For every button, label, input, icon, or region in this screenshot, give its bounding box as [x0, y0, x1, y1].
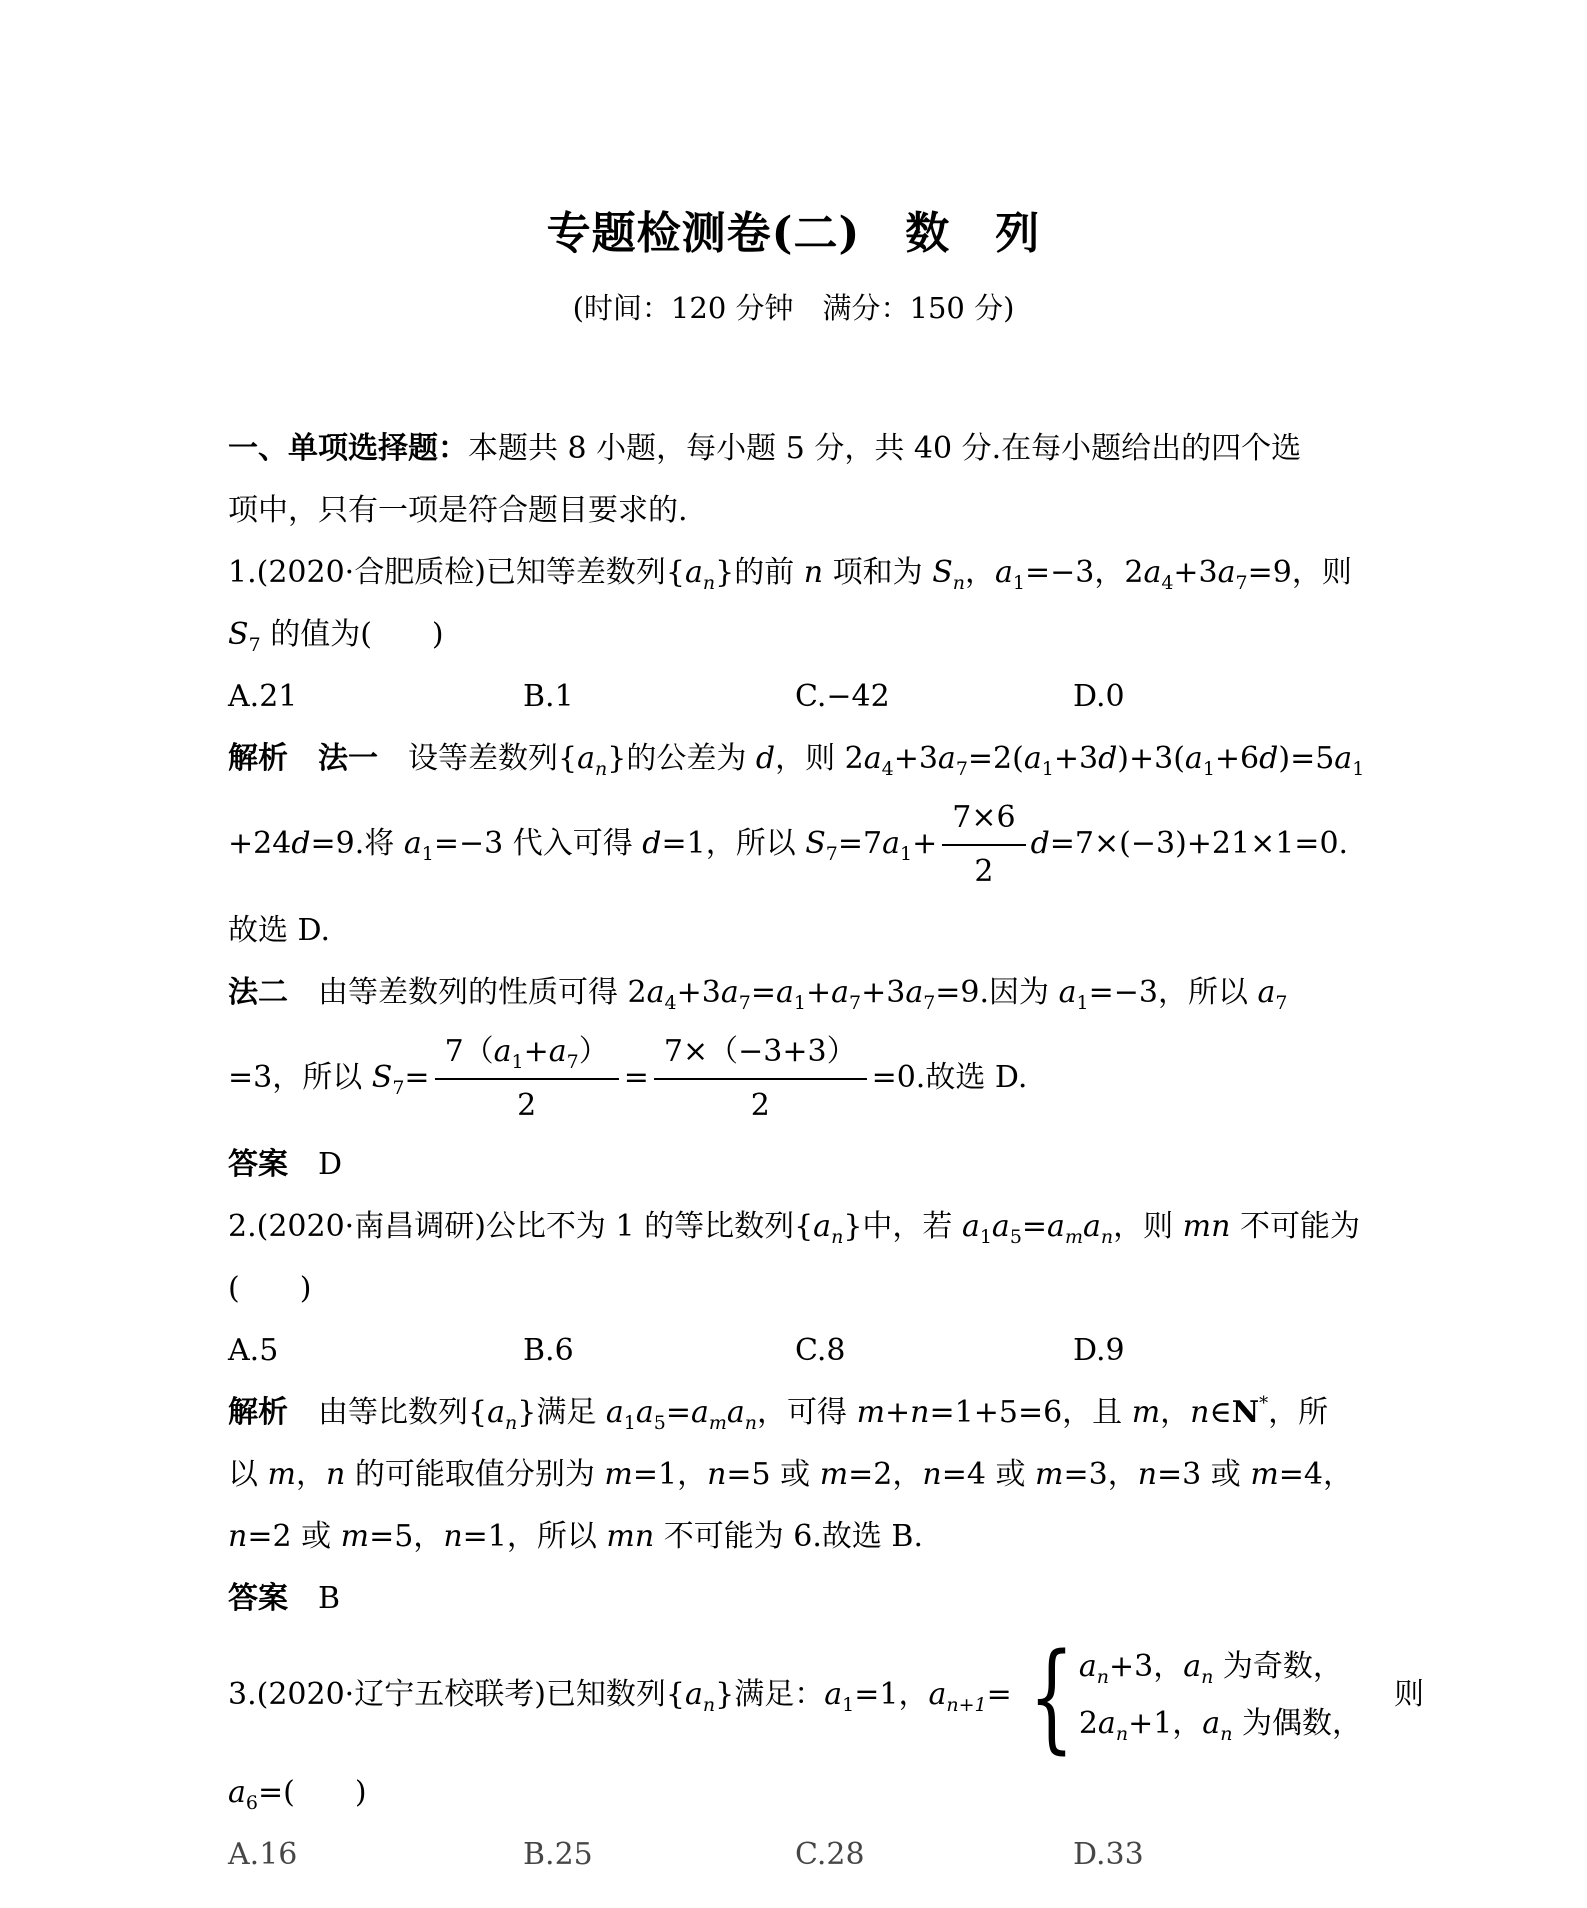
text-run: =1，所以 [661, 826, 805, 861]
text-run: ∈ [1210, 1395, 1232, 1430]
math-variable-subscripted: a4 [864, 741, 894, 776]
math-variable: n [804, 555, 823, 590]
math-variable: d [1098, 741, 1117, 776]
math-variable: a [992, 1209, 1010, 1244]
option-item: B.25 [523, 1824, 795, 1886]
math-variable-subscripted: am [1047, 1209, 1083, 1244]
text-run: =3 或 [1157, 1457, 1250, 1492]
fraction: 7（a1+a7）2 [435, 1034, 619, 1124]
math-variable: a [494, 1034, 512, 1069]
text-line: a6=( ) [228, 1762, 1408, 1824]
subscript: 7 [849, 992, 861, 1014]
math-variable: a [824, 1677, 842, 1712]
text-run: ， [965, 555, 995, 590]
page-subtitle: (时间：120 分钟 满分：150 分) [0, 291, 1587, 326]
text-run: }中，若 [843, 1209, 962, 1244]
text-line: 故选 D. [228, 900, 1408, 962]
subscript: n [595, 758, 607, 780]
text-run: 7×（−3+3） [664, 1034, 857, 1069]
subscript: 1 [980, 1226, 992, 1248]
math-symbol: N [1232, 1395, 1259, 1430]
bold-label: 答案 [228, 1581, 288, 1616]
math-variable: m [268, 1457, 296, 1492]
text-run: 项中，只有一项是符合题目要求的. [228, 493, 688, 528]
subscript: 6 [246, 1792, 258, 1814]
text-run: ，则 2 [775, 741, 864, 776]
subscript: 7 [956, 758, 968, 780]
math-variable-subscripted: a4 [647, 975, 677, 1010]
text-run: =9.将 [311, 826, 404, 861]
text-line: 项中，只有一项是符合题目要求的. [228, 480, 1408, 542]
math-variable: a [1185, 741, 1203, 776]
text-run: + [806, 975, 831, 1010]
text-run: 2 [517, 1088, 536, 1123]
math-variable: n [910, 1395, 929, 1430]
text-run: =1， [633, 1457, 707, 1492]
text-run: ( ) [228, 1271, 311, 1306]
math-variable: m [604, 1457, 632, 1492]
text-run: +24 [228, 826, 291, 861]
subscript: n [1097, 1666, 1109, 1688]
math-variable-subscripted: a1 [1185, 741, 1215, 776]
math-variable: n [228, 1519, 247, 1554]
math-variable-subscripted: a1 [962, 1209, 992, 1244]
text-run: +3 [1173, 555, 1217, 590]
math-variable: a [1183, 1649, 1201, 1684]
math-variable: d [756, 741, 775, 776]
text-run: =−3 代入可得 [434, 826, 642, 861]
math-variable: d [1031, 826, 1050, 861]
math-variable: a [404, 826, 422, 861]
text-run: =9，则 [1248, 555, 1352, 590]
case-row: 2an+1，an 为偶数， [1079, 1707, 1362, 1742]
subscript: 7 [1275, 992, 1287, 1014]
text-run: }满足 [517, 1395, 606, 1430]
option-item: D.9 [1073, 1320, 1125, 1382]
math-variable-subscripted: S7 [372, 1060, 405, 1095]
fraction-numerator: 7（a1+a7） [435, 1034, 619, 1078]
math-variable-subscripted: S7 [228, 617, 261, 652]
math-variable: a [1083, 1209, 1101, 1244]
math-variable-subscripted: an [1083, 1209, 1113, 1244]
text-run: =7×(−3)+21×1=0. [1050, 826, 1348, 861]
math-variable: a [962, 1209, 980, 1244]
math-variable: S [228, 617, 249, 652]
math-variable: a [1098, 1706, 1116, 1741]
text-line: 解析 法一 设等差数列{an}的公差为 d，则 2a4+3a7=2(a1+3d)… [228, 728, 1408, 790]
subscript: 1 [900, 843, 912, 865]
text-run: 由等比数列{ [288, 1395, 487, 1430]
subscript: 1 [1076, 992, 1088, 1014]
subscript: 7 [826, 843, 838, 865]
text-run: 的可能取值分别为 [345, 1457, 604, 1492]
text-line: +24d=9.将 a1=−3 代入可得 d=1，所以 S7=7a1+7×62d=… [228, 790, 1408, 900]
text-line: 答案 B [228, 1568, 1408, 1630]
text-run: 以 [228, 1457, 268, 1492]
math-variable: a [228, 1775, 246, 1810]
text-run: =( ) [258, 1775, 367, 1810]
math-variable: a [776, 975, 794, 1010]
text-run: = [404, 1060, 429, 1095]
page-title: 专题检测卷(二) 数 列 [0, 0, 1587, 261]
subscript: n [1116, 1723, 1128, 1745]
bold-label: 一、单项选择题： [228, 431, 468, 466]
math-variable: a [1218, 555, 1236, 590]
bold-label: 答案 [228, 1147, 288, 1182]
subscript: 1 [1352, 758, 1364, 780]
text-run: 本题共 8 小题，每小题 5 分，共 40 分.在每小题给出的四个选 [468, 431, 1301, 466]
subscript: n+1 [946, 1694, 986, 1716]
math-symbol-superscripted: N* [1232, 1395, 1268, 1430]
text-run: = [624, 1060, 649, 1095]
math-variable-subscripted: a1 [824, 1677, 854, 1712]
math-variable-subscripted: a1 [1059, 975, 1089, 1010]
text-run: + [524, 1034, 549, 1069]
text-run: =−3，2 [1025, 555, 1143, 590]
math-variable: mn [1183, 1209, 1231, 1244]
math-variable: m [1132, 1395, 1160, 1430]
math-variable-subscripted: an [1183, 1649, 1213, 1684]
bold-label: 法一 [318, 741, 378, 776]
math-variable: n [443, 1519, 462, 1554]
math-variable: a [647, 975, 665, 1010]
math-variable: a [685, 1677, 703, 1712]
text-run: 不可能为 6.故选 B. [654, 1519, 923, 1554]
subscript: 7 [1236, 572, 1248, 594]
text-run: +6 [1215, 741, 1259, 776]
text-run: =2( [968, 741, 1024, 776]
options-row: A.5B.6C.8D.9 [228, 1320, 1408, 1382]
math-variable: m [341, 1519, 369, 1554]
math-variable-subscripted: a7 [1218, 555, 1248, 590]
text-run: =1，所以 [463, 1519, 607, 1554]
math-variable: n [922, 1457, 941, 1492]
text-run: =5 或 [726, 1457, 819, 1492]
text-run: + [885, 1395, 910, 1430]
math-variable-subscripted: an [727, 1395, 757, 1430]
math-variable: a [938, 741, 956, 776]
math-variable: a [727, 1395, 745, 1430]
subscript: n [1201, 1666, 1213, 1688]
math-variable-subscripted: an+1 [928, 1677, 986, 1712]
fraction-denominator: 2 [435, 1078, 619, 1124]
math-variable-subscripted: a1 [606, 1395, 636, 1430]
text-run: 故选 D. [228, 913, 330, 948]
text-run: 2 [751, 1088, 770, 1123]
math-variable-subscripted: an [487, 1395, 517, 1430]
bold-label: 解析 [228, 741, 288, 776]
text-run: 2.(2020·南昌调研)公比不为 1 的等比数列{ [228, 1209, 813, 1244]
subscript: 7 [249, 634, 261, 656]
subscript: 4 [665, 992, 677, 1014]
text-run: ， [1160, 1395, 1190, 1430]
subscript: m [709, 1412, 727, 1434]
math-variable: a [685, 555, 703, 590]
math-variable: S [805, 826, 826, 861]
text-run: 2 [1079, 1706, 1098, 1741]
math-variable-subscripted: a7 [549, 1034, 579, 1069]
math-variable-subscripted: Sn [932, 555, 965, 590]
math-variable: a [995, 555, 1013, 590]
math-variable: a [905, 975, 923, 1010]
subscript: 5 [654, 1412, 666, 1434]
math-variable: a [864, 741, 882, 776]
option-item: A.16 [228, 1824, 523, 1886]
math-variable-subscripted: a1 [776, 975, 806, 1010]
math-variable: a [1079, 1649, 1097, 1684]
text-run: =5， [369, 1519, 443, 1554]
left-brace-icon: { [1029, 1640, 1074, 1752]
subscript: 5 [1010, 1226, 1022, 1248]
text-run: =4， [1279, 1457, 1353, 1492]
piecewise-cases: {an+3，an 为奇数，2an+1，an 为偶数， [1014, 1640, 1362, 1752]
math-variable-subscripted: a7 [721, 975, 751, 1010]
fraction: 7×62 [942, 800, 1025, 890]
subscript: 1 [1042, 758, 1054, 780]
math-variable: a [691, 1395, 709, 1430]
text-line: 法二 由等差数列的性质可得 2a4+3a7=a1+a7+3a7=9.因为 a1=… [228, 962, 1408, 1024]
math-variable-subscripted: a7 [1257, 975, 1287, 1010]
subscript: 1 [794, 992, 806, 1014]
text-run: 的值为( ) [261, 617, 444, 652]
text-run: 项和为 [823, 555, 932, 590]
math-variable-subscripted: an [577, 741, 607, 776]
text-line: 答案 D [228, 1134, 1408, 1196]
text-run: =2 或 [247, 1519, 340, 1554]
text-line: 以 m，n 的可能取值分别为 m=1，n=5 或 m=2，n=4 或 m=3，n… [228, 1444, 1408, 1506]
options-row: A.21B.1C.−42D.0 [228, 666, 1408, 728]
math-variable-subscripted: an [1202, 1706, 1232, 1741]
subscript: 7 [923, 992, 935, 1014]
subscript: 7 [739, 992, 751, 1014]
math-variable: m [857, 1395, 885, 1430]
math-variable: a [813, 1209, 831, 1244]
text-run: +3 [677, 975, 721, 1010]
math-variable: a [577, 741, 595, 776]
math-variable-subscripted: an [813, 1209, 843, 1244]
math-variable: a [549, 1034, 567, 1069]
text-line: 解析 由等比数列{an}满足 a1a5=aman，可得 m+n=1+5=6，且 … [228, 1382, 1408, 1444]
text-run: 设等差数列{ [378, 741, 577, 776]
text-run: +3， [1109, 1649, 1183, 1684]
subscript: 4 [882, 758, 894, 780]
subscript: 1 [624, 1412, 636, 1434]
superscript: * [1259, 1393, 1268, 1414]
option-item: C.8 [795, 1320, 1073, 1382]
math-variable: n [1190, 1395, 1209, 1430]
math-variable: a [1334, 741, 1352, 776]
math-variable: n [707, 1457, 726, 1492]
math-variable: mn [606, 1519, 654, 1554]
subscript: n [1101, 1226, 1113, 1248]
math-variable: d [291, 826, 310, 861]
option-item: A.21 [228, 666, 523, 728]
math-variable: n [1138, 1457, 1157, 1492]
subscript: n [703, 572, 715, 594]
text-run: ） [579, 1034, 609, 1069]
subscript: 4 [1161, 572, 1173, 594]
option-item: C.−42 [795, 666, 1073, 728]
text-line: 3.(2020·辽宁五校联考)已知数列{an}满足：a1=1，an+1={an+… [228, 1630, 1408, 1762]
math-variable: a [487, 1395, 505, 1430]
text-run: =3，所以 [228, 1060, 372, 1095]
document-body: 一、单项选择题：本题共 8 小题，每小题 5 分，共 40 分.在每小题给出的四… [228, 418, 1408, 1886]
fraction: 7×（−3+3）2 [654, 1034, 867, 1124]
math-variable-subscripted: a4 [1143, 555, 1173, 590]
text-run: 2 [974, 854, 993, 889]
math-variable-subscripted: an [685, 1677, 715, 1712]
text-run: )=5 [1278, 741, 1334, 776]
math-variable: m [820, 1457, 848, 1492]
math-variable: m [1250, 1457, 1278, 1492]
text-run: +3 [894, 741, 938, 776]
text-run: =−3，所以 [1089, 975, 1258, 1010]
text-run: )+3( [1117, 741, 1185, 776]
math-variable-subscripted: a5 [636, 1395, 666, 1430]
bold-label: 法二 [228, 975, 288, 1010]
text-run: 7（ [445, 1034, 494, 1069]
math-variable-subscripted: a1 [995, 555, 1025, 590]
math-variable-subscripted: a6 [228, 1775, 258, 1810]
math-variable-subscripted: a1 [494, 1034, 524, 1069]
option-item: B.6 [523, 1320, 795, 1382]
subscript: n [953, 572, 965, 594]
math-variable: a [636, 1395, 654, 1430]
text-run: ，可得 [757, 1395, 857, 1430]
math-variable-subscripted: am [691, 1395, 727, 1430]
math-variable: a [1257, 975, 1275, 1010]
text-run: 7×6 [952, 800, 1015, 835]
subscript: n [831, 1226, 843, 1248]
text-run: 则 [1364, 1677, 1424, 1712]
subscript: n [505, 1412, 517, 1434]
math-variable-subscripted: a5 [992, 1209, 1022, 1244]
option-item: C.28 [795, 1824, 1073, 1886]
subscript: n [745, 1412, 757, 1434]
math-variable: a [928, 1677, 946, 1712]
text-run: 1.(2020·合肥质检)已知等差数列{ [228, 555, 685, 590]
text-run: 3.(2020·辽宁五校联考)已知数列{ [228, 1677, 685, 1712]
math-variable-subscripted: a7 [831, 975, 861, 1010]
subscript: 1 [512, 1051, 524, 1073]
math-variable-subscripted: S7 [805, 826, 838, 861]
math-variable: S [372, 1060, 393, 1095]
text-run: 由等差数列的性质可得 2 [288, 975, 647, 1010]
text-run: ，则 [1113, 1209, 1183, 1244]
text-run: =4 或 [942, 1457, 1035, 1492]
bold-label: 解析 [228, 1395, 288, 1430]
option-item: B.1 [523, 666, 795, 728]
subscript: n [703, 1694, 715, 1716]
subscript: 7 [567, 1051, 579, 1073]
math-variable-subscripted: a7 [905, 975, 935, 1010]
math-variable: a [831, 975, 849, 1010]
text-line: =3，所以 S7=7（a1+a7）2=7×（−3+3）2=0.故选 D. [228, 1024, 1408, 1134]
math-variable-subscripted: a1 [882, 826, 912, 861]
text-line: S7 的值为( ) [228, 604, 1408, 666]
text-run: 为偶数， [1232, 1706, 1362, 1741]
text-run: =1+5=6，且 [930, 1395, 1132, 1430]
math-variable: d [1259, 741, 1278, 776]
case-row: an+3，an 为奇数， [1079, 1650, 1362, 1685]
subscript: n [1220, 1723, 1232, 1745]
option-item: D.0 [1073, 666, 1125, 728]
subscript: 1 [842, 1694, 854, 1716]
text-line: 1.(2020·合肥质检)已知等差数列{an}的前 n 项和为 Sn，a1=−3… [228, 542, 1408, 604]
text-run: =7 [838, 826, 882, 861]
math-variable: a [1024, 741, 1042, 776]
option-item: A.5 [228, 1320, 523, 1382]
text-run: }满足： [715, 1677, 824, 1712]
subscript: 1 [1013, 572, 1025, 594]
math-variable-subscripted: a1 [1024, 741, 1054, 776]
text-run: ， [296, 1457, 326, 1492]
text-run: + [912, 826, 937, 861]
text-run: }的公差为 [607, 741, 756, 776]
text-run: =2， [848, 1457, 922, 1492]
text-run: +3 [861, 975, 905, 1010]
math-variable-subscripted: an [685, 555, 715, 590]
text-run: =0.故选 D. [872, 1060, 1028, 1095]
text-line: ( ) [228, 1258, 1408, 1320]
subscript: 7 [392, 1077, 404, 1099]
text-run: +1， [1128, 1706, 1202, 1741]
text-run: = [751, 975, 776, 1010]
text-run: =3， [1063, 1457, 1137, 1492]
text-run: }的前 [715, 555, 804, 590]
exam-page: 专题检测卷(二) 数 列 (时间：120 分钟 满分：150 分) 一、单项选择… [0, 0, 1587, 1908]
text-line: n=2 或 m=5，n=1，所以 mn 不可能为 6.故选 B. [228, 1506, 1408, 1568]
options-row: A.16B.25C.28D.33 [228, 1824, 1408, 1886]
math-variable: a [606, 1395, 624, 1430]
math-variable: a [721, 975, 739, 1010]
text-run: =1， [854, 1677, 928, 1712]
subscript: 1 [1203, 758, 1215, 780]
fraction-numerator: 7×6 [942, 800, 1025, 844]
subscript: m [1065, 1226, 1083, 1248]
math-variable: m [1035, 1457, 1063, 1492]
fraction-denominator: 2 [942, 844, 1025, 890]
math-variable-subscripted: a1 [404, 826, 434, 861]
text-run: = [666, 1395, 691, 1430]
math-variable: a [882, 826, 900, 861]
option-item: D.33 [1073, 1824, 1144, 1886]
text-run: = [987, 1677, 1012, 1712]
math-variable: a [1059, 975, 1077, 1010]
text-run: D [288, 1147, 342, 1182]
subscript: 1 [422, 843, 434, 865]
text-line: 一、单项选择题：本题共 8 小题，每小题 5 分，共 40 分.在每小题给出的四… [228, 418, 1408, 480]
math-variable-subscripted: an [1098, 1706, 1128, 1741]
text-run [288, 741, 318, 776]
text-line: 2.(2020·南昌调研)公比不为 1 的等比数列{an}中，若 a1a5=am… [228, 1196, 1408, 1258]
math-variable: n [326, 1457, 345, 1492]
text-run: 为奇数， [1213, 1649, 1343, 1684]
math-variable-subscripted: a7 [938, 741, 968, 776]
text-run: =9.因为 [935, 975, 1058, 1010]
text-run: B [288, 1581, 340, 1616]
math-variable: a [1047, 1209, 1065, 1244]
case-rows: an+3，an 为奇数，2an+1，an 为偶数， [1079, 1650, 1362, 1741]
text-run: 不可能为 [1230, 1209, 1360, 1244]
text-run: = [1022, 1209, 1047, 1244]
math-variable: a [1143, 555, 1161, 590]
math-variable: S [932, 555, 953, 590]
text-run: +3 [1054, 741, 1098, 776]
fraction-denominator: 2 [654, 1078, 867, 1124]
fraction-numerator: 7×（−3+3） [654, 1034, 867, 1078]
math-variable-subscripted: a1 [1334, 741, 1364, 776]
